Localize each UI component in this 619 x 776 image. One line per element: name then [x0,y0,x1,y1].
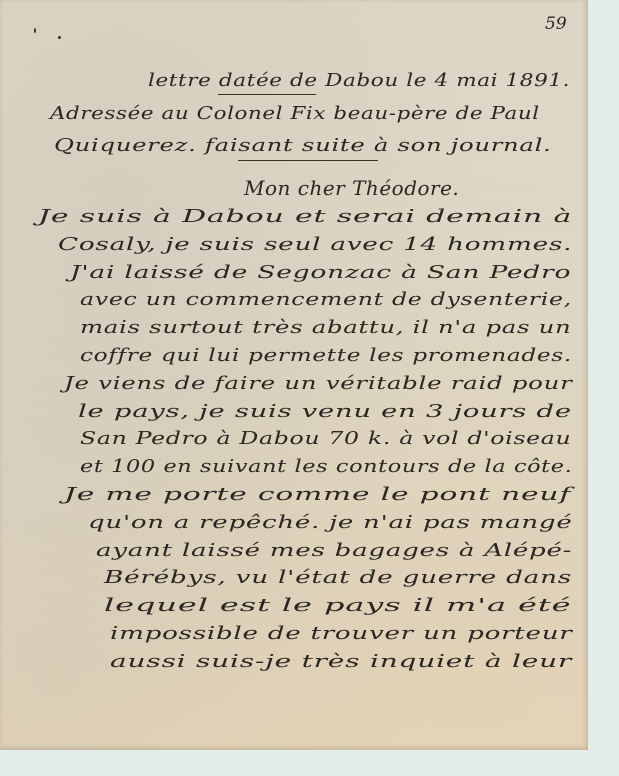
body-line: coffre qui lui permette les promenades. [80,345,572,366]
body-line: impossible de trouver un porteur [110,623,573,644]
body-line: J'ai laissé de Segonzac à San Pedro [70,262,571,283]
body-line: Bérébys, vu l'état de guerre dans [104,567,572,588]
body-line: qu'on a repêché. je n'ai pas mangé [88,512,572,533]
body-line: Je suis à Dabou et serai demain à [38,206,572,227]
body-line: aussi suis-je très inquiet à leur [110,651,572,672]
body-line: mais surtout très abattu, il n'a pas un [80,317,571,338]
body-line: Je me porte comme le pont neuf [64,484,571,505]
salutation: Mon cher Théodore. [244,176,459,200]
body-line: San Pedro à Dabou 70 k. à vol d'oiseau [80,428,571,449]
body-line: le pays, je suis venu en 3 jours de [78,401,572,422]
body-line: lequel est le pays il m'a été [104,595,571,616]
ink-speck [58,36,61,39]
body-line: ayant laissé mes bagages à Alépé- [96,540,572,561]
body-line: Cosaly, je suis seul avec 14 hommes. [58,234,572,255]
body-line: avec un commencement de dysenterie, [80,289,572,310]
letter-page: 59 lettre datée de Dabou le 4 mai 1891. … [0,0,588,750]
ink-speck [34,28,36,33]
header-line-1: lettre datée de Dabou le 4 mai 1891. [148,70,570,91]
header-line-2: Adressée au Colonel Fix beau-père de Pau… [50,103,540,124]
header-line-3: Quiquerez. faisant suite à son journal. [54,135,551,156]
body-line: Je viens de faire un véritable raid pour [64,373,573,394]
page-number: 59 [545,14,567,34]
section-divider [238,160,378,161]
body-line: et 100 en suivant les contours de la côt… [80,456,572,477]
underline-mark [218,94,316,95]
